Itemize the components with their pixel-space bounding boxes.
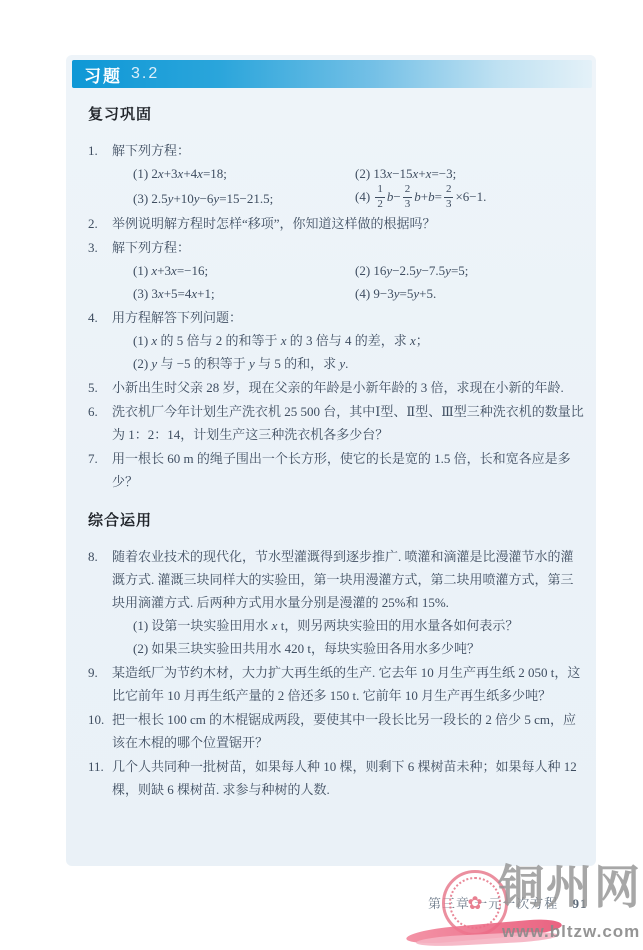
problem-body: 小新出生时父亲 28 岁，现在父亲的年龄是小新年龄的 3 倍，求现在小新的年龄.	[112, 376, 584, 399]
fraction: 23	[403, 184, 413, 210]
footer-chapter: 第三章	[428, 896, 470, 911]
section-title: 综合运用	[88, 509, 584, 532]
problem-item: 11.几个人共同种一批树苗，如果每人种 10 棵，则剩下 6 棵树苗未种；如果每…	[88, 755, 584, 801]
sub-item-row: (1) x 的 5 倍与 2 的和等于 x 的 3 倍与 4 的差，求 x；	[112, 329, 584, 352]
watermark-site-url: www.bltzw.com	[502, 922, 640, 942]
equation-right: (4) 12b−23b+b=23×6−1.	[355, 185, 584, 211]
problem-item: 4.用方程解答下列问题：(1) x 的 5 倍与 2 的和等于 x 的 3 倍与…	[88, 306, 584, 375]
textbook-page: 习题 3.2 复习巩固1.解下列方程：(1) 2x+3x+4x=18;(2) 1…	[0, 0, 643, 950]
problem-item: 10.把一根长 100 cm 的木棍锯成两段，要使其中一段长比另一段长的 2 倍…	[88, 708, 584, 754]
problem-text-row: 某造纸厂为节约木材，大力扩大再生纸的生产. 它去年 10 月生产再生纸 2 05…	[112, 661, 584, 707]
problem-number: 1.	[88, 139, 112, 162]
problem-number: 10.	[88, 708, 112, 731]
equation-left: (1) 2x+3x+4x=18;	[133, 162, 355, 185]
problem-item: 9.某造纸厂为节约木材，大力扩大再生纸的生产. 它去年 10 月生产再生纸 2 …	[88, 661, 584, 707]
banner-number: 3.2	[131, 65, 159, 83]
sub-item-row: (2) y 与 −5 的积等于 y 与 5 的和，求 y.	[112, 352, 584, 375]
equation-right: (2) 13x−15x+x=−3;	[355, 162, 584, 185]
problem-body: 洗衣机厂今年计划生产洗衣机 25 500 台，其中Ⅰ型、Ⅱ型、Ⅲ型三种洗衣机的数…	[112, 400, 584, 446]
problem-number: 2.	[88, 212, 112, 235]
problem-text-row: 把一根长 100 cm 的木棍锯成两段，要使其中一段长比另一段长的 2 倍少 5…	[112, 708, 584, 754]
problem-item: 2.举例说明解方程时怎样“移项”，你知道这样做的根据吗？	[88, 212, 584, 235]
problem-number: 9.	[88, 661, 112, 684]
problem-number: 8.	[88, 545, 112, 568]
problem-item: 3.解下列方程：(1) x+3x=−16;(2) 16y−2.5y−7.5y=5…	[88, 236, 584, 305]
problem-text-row: 小新出生时父亲 28 岁，现在父亲的年龄是小新年龄的 3 倍，求现在小新的年龄.	[112, 376, 584, 399]
problem-body: 用一根长 60 m 的绳子围出一个长方形，使它的长是宽的 1.5 倍，长和宽各应…	[112, 447, 584, 493]
problem-number: 11.	[88, 755, 112, 778]
problem-text-row: 用一根长 60 m 的绳子围出一个长方形，使它的长是宽的 1.5 倍，长和宽各应…	[112, 447, 584, 493]
section-title: 复习巩固	[88, 103, 584, 126]
equation-right: (4) 9−3y=5y+5.	[355, 282, 584, 305]
problems-root: 复习巩固1.解下列方程：(1) 2x+3x+4x=18;(2) 13x−15x+…	[88, 103, 584, 802]
sub-item-row: (1) 设第一块实验田用水 x t，则另两块实验田的用水量各如何表示？	[112, 614, 584, 637]
problem-number: 6.	[88, 400, 112, 423]
problem-item: 8.随着农业技术的现代化，节水型灌溉得到逐步推广. 喷灌和滴灌是比漫灌节水的灌溉…	[88, 545, 584, 660]
problem-body: 随着农业技术的现代化，节水型灌溉得到逐步推广. 喷灌和滴灌是比漫灌节水的灌溉方式…	[112, 545, 584, 660]
problem-item: 5.小新出生时父亲 28 岁，现在父亲的年龄是小新年龄的 3 倍，求现在小新的年…	[88, 376, 584, 399]
equation-left: (1) x+3x=−16;	[133, 259, 355, 282]
fraction: 12	[375, 184, 385, 210]
footer-chapter-title: 一元一次方程	[474, 896, 558, 911]
fraction: 23	[444, 184, 454, 210]
page-content-area: 习题 3.2 复习巩固1.解下列方程：(1) 2x+3x+4x=18;(2) 1…	[66, 55, 596, 866]
problem-text-row: 举例说明解方程时怎样“移项”，你知道这样做的根据吗？	[112, 212, 584, 235]
problem-text-row: 解下列方程：	[112, 139, 584, 162]
problem-text-row: 用方程解答下列问题：	[112, 306, 584, 329]
equation-pair-row: (1) x+3x=−16;(2) 16y−2.5y−7.5y=5;	[112, 259, 584, 282]
problem-number: 5.	[88, 376, 112, 399]
problem-body: 举例说明解方程时怎样“移项”，你知道这样做的根据吗？	[112, 212, 584, 235]
problem-number: 3.	[88, 236, 112, 259]
problem-text-row: 洗衣机厂今年计划生产洗衣机 25 500 台，其中Ⅰ型、Ⅱ型、Ⅲ型三种洗衣机的数…	[112, 400, 584, 446]
problem-number: 7.	[88, 447, 112, 470]
problem-text-row: 解下列方程：	[112, 236, 584, 259]
problem-item: 7.用一根长 60 m 的绳子围出一个长方形，使它的长是宽的 1.5 倍，长和宽…	[88, 447, 584, 493]
problem-item: 6.洗衣机厂今年计划生产洗衣机 25 500 台，其中Ⅰ型、Ⅱ型、Ⅲ型三种洗衣机…	[88, 400, 584, 446]
problem-body: 几个人共同种一批树苗，如果每人种 10 棵，则剩下 6 棵树苗未种；如果每人种 …	[112, 755, 584, 801]
banner-title: 习题	[84, 62, 122, 87]
problem-body: 解下列方程：(1) x+3x=−16;(2) 16y−2.5y−7.5y=5;(…	[112, 236, 584, 305]
page-number: 91	[573, 896, 588, 911]
problem-body: 把一根长 100 cm 的木棍锯成两段，要使其中一段长比另一段长的 2 倍少 5…	[112, 708, 584, 754]
problem-text-row: 几个人共同种一批树苗，如果每人种 10 棵，则剩下 6 棵树苗未种；如果每人种 …	[112, 755, 584, 801]
problem-text-row: 随着农业技术的现代化，节水型灌溉得到逐步推广. 喷灌和滴灌是比漫灌节水的灌溉方式…	[112, 545, 584, 614]
problem-body: 某造纸厂为节约木材，大力扩大再生纸的生产. 它去年 10 月生产再生纸 2 05…	[112, 661, 584, 707]
equation-pair-row: (3) 3x+5=4x+1;(4) 9−3y=5y+5.	[112, 282, 584, 305]
sub-item-row: (2) 如果三块实验田共用水 420 t，每块实验田各用水多少吨？	[112, 637, 584, 660]
page-footer: 第三章 一元一次方程 91	[428, 893, 588, 912]
problem-number: 4.	[88, 306, 112, 329]
equation-right: (2) 16y−2.5y−7.5y=5;	[355, 259, 584, 282]
ribbon-icon	[406, 922, 564, 946]
problem-body: 解下列方程：(1) 2x+3x+4x=18;(2) 13x−15x+x=−3;(…	[112, 139, 584, 211]
problem-body: 用方程解答下列问题：(1) x 的 5 倍与 2 的和等于 x 的 3 倍与 4…	[112, 306, 584, 375]
equation-pair-row: (3) 2.5y+10y−6y=15−21.5;(4) 12b−23b+b=23…	[112, 185, 584, 211]
exercise-banner: 习题 3.2	[72, 60, 592, 88]
problem-item: 1.解下列方程：(1) 2x+3x+4x=18;(2) 13x−15x+x=−3…	[88, 139, 584, 211]
equation-left: (3) 2.5y+10y−6y=15−21.5;	[133, 187, 355, 210]
equation-pair-row: (1) 2x+3x+4x=18;(2) 13x−15x+x=−3;	[112, 162, 584, 185]
equation-left: (3) 3x+5=4x+1;	[133, 282, 355, 305]
